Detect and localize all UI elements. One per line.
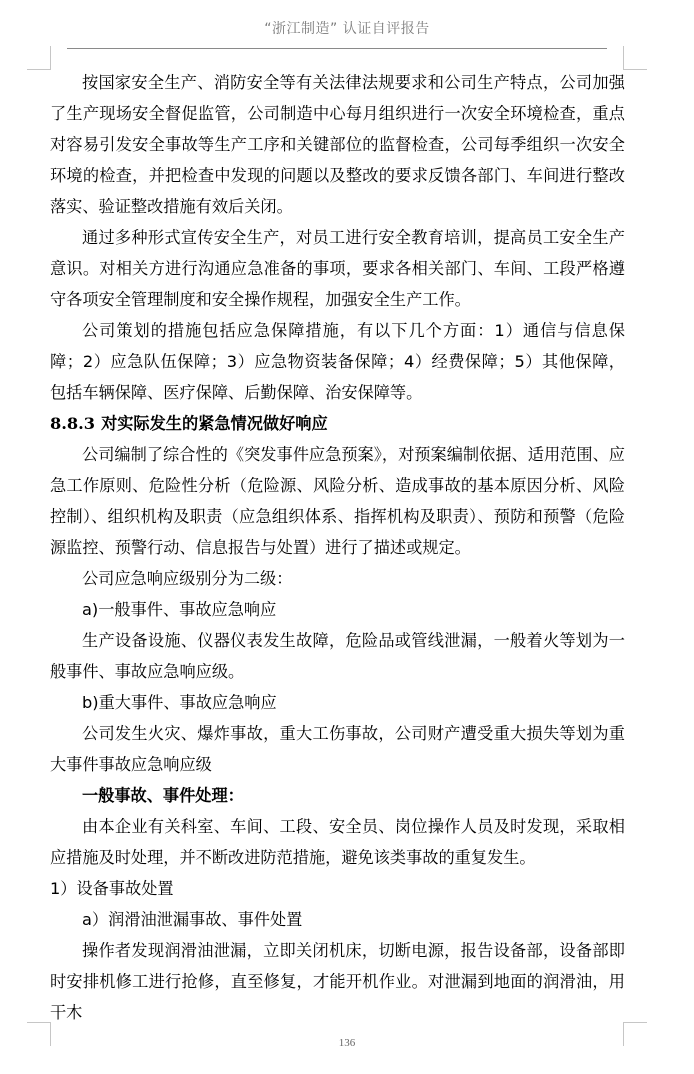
paragraph: 通过多种形式宣传安全生产，对员工进行安全教育培训，提高员工安全生产意识。对相关方… xyxy=(50,222,625,315)
paragraph: 由本企业有关科室、车间、工段、安全员、岗位操作人员及时发现，采取相应措施及时处理… xyxy=(50,811,625,873)
document-page: “浙江制造” 认证自评报告 按国家安全生产、消防安全等有关法律法规要求和公司生产… xyxy=(0,0,694,1074)
page-header-title: “浙江制造” 认证自评报告 xyxy=(0,18,694,38)
crop-mark-top-right xyxy=(623,46,647,70)
paragraph: 公司策划的措施包括应急保障措施，有以下几个方面：1）通信与信息保障；2）应急队伍… xyxy=(50,315,625,408)
header-divider xyxy=(67,48,607,49)
section-heading: 8.8.3对实际发生的紧急情况做好响应 xyxy=(50,408,625,439)
section-title: 对实际发生的紧急情况做好响应 xyxy=(101,414,328,433)
page-number: 136 xyxy=(0,1037,694,1049)
paragraph: 公司应急响应级别分为二级： xyxy=(50,563,625,594)
section-number: 8.8.3 xyxy=(50,414,95,433)
document-body: 按国家安全生产、消防安全等有关法律法规要求和公司生产特点，公司加强了生产现场安全… xyxy=(50,67,625,1028)
list-item: b)重大事件、事故应急响应 xyxy=(50,687,625,718)
subheading: 一般事故、事件处理： xyxy=(50,780,625,811)
paragraph: 按国家安全生产、消防安全等有关法律法规要求和公司生产特点，公司加强了生产现场安全… xyxy=(50,67,625,222)
list-item: 1）设备事故处置 xyxy=(50,873,625,904)
paragraph: 公司发生火灾、爆炸事故，重大工伤事故，公司财产遭受重大损失等划为重大事件事故应急… xyxy=(50,718,625,780)
list-item: a)一般事件、事故应急响应 xyxy=(50,594,625,625)
paragraph: 公司编制了综合性的《突发事件应急预案》，对预案编制依据、适用范围、应急工作原则、… xyxy=(50,439,625,563)
paragraph: 生产设备设施、仪器仪表发生故障，危险品或管线泄漏，一般着火等划为一般事件、事故应… xyxy=(50,625,625,687)
list-item: a）润滑油泄漏事故、事件处置 xyxy=(50,904,625,935)
paragraph: 操作者发现润滑油泄漏，立即关闭机床，切断电源，报告设备部，设备部即时安排机修工进… xyxy=(50,935,625,1028)
crop-mark-top-left xyxy=(27,46,51,70)
